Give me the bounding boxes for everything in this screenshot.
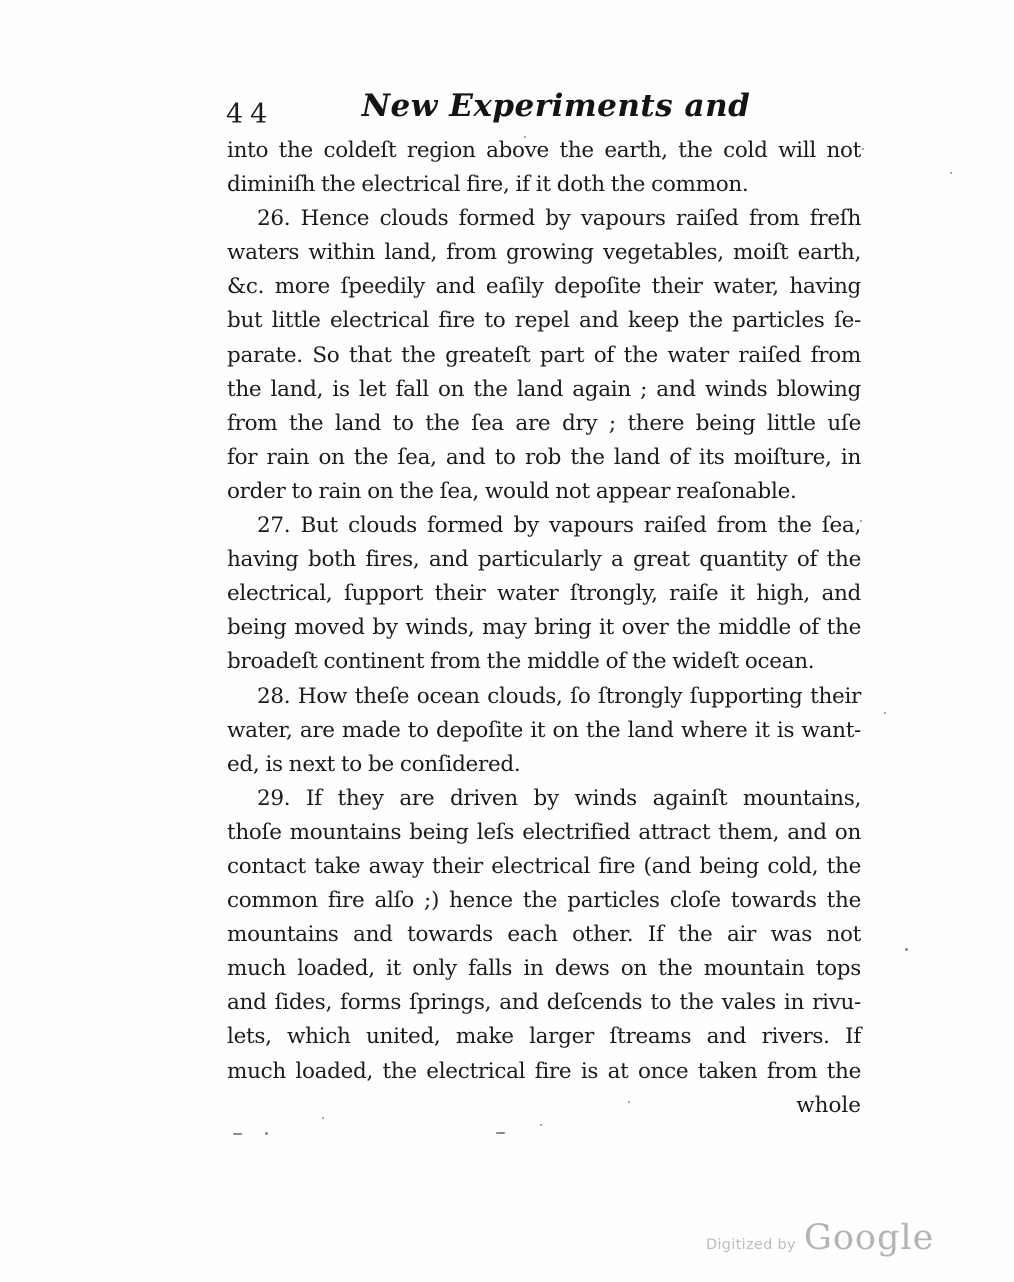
text-line: and ſides, forms ſprings, and deſcends t… bbox=[227, 986, 861, 1020]
text-line: ed, is next to be conſidered. bbox=[227, 748, 861, 782]
text-line: common fire alſo ;) hence the particles … bbox=[227, 884, 861, 918]
text-line: but little electrical fire to repel and … bbox=[227, 304, 861, 338]
scan-speck bbox=[233, 1133, 242, 1135]
text-line: much loaded, it only falls in dews on th… bbox=[227, 952, 861, 986]
scan-speck bbox=[950, 172, 952, 174]
text-line: 27. But clouds formed by vapours raiſed … bbox=[227, 509, 861, 543]
scan-speck bbox=[265, 1132, 268, 1135]
text-line: parate. So that the greateſt part of the… bbox=[227, 339, 861, 373]
scan-speck bbox=[540, 1124, 542, 1126]
text-line: being moved by winds, may bring it over … bbox=[227, 611, 861, 645]
scan-speck bbox=[628, 1101, 630, 1103]
google-logo: Google bbox=[804, 1218, 934, 1258]
scan-speck bbox=[905, 948, 908, 951]
watermark-prefix: Digitized by bbox=[706, 1237, 796, 1253]
text-line: &c. more ſpeedily and eaſily depoſite th… bbox=[227, 270, 861, 304]
text-line: water, are made to depoſite it on the la… bbox=[227, 714, 861, 748]
body-text: into the coldeſt region above the earth,… bbox=[227, 134, 861, 1089]
text-line: diminiſh the electrical fire, if it doth… bbox=[227, 168, 861, 202]
text-line: 29. If they are driven by winds againſt … bbox=[227, 782, 861, 816]
book-page: 44 New Experiments and into the coldeſt … bbox=[0, 0, 1014, 1282]
digitization-watermark: Digitized by Google bbox=[706, 1218, 934, 1258]
text-line: electrical, ſupport their water ſtrongly… bbox=[227, 577, 861, 611]
text-line: 28. How theſe ocean clouds, ſo ſtrongly … bbox=[227, 680, 861, 714]
scan-speck bbox=[496, 1132, 505, 1134]
scan-speck bbox=[524, 136, 526, 138]
scan-speck bbox=[860, 520, 862, 522]
text-line: having both fires, and particularly a gr… bbox=[227, 543, 861, 577]
text-line: contact take away their electrical fire … bbox=[227, 850, 861, 884]
text-line: for rain on the ſea, and to rob the land… bbox=[227, 441, 861, 475]
text-line: mountains and towards each other. If the… bbox=[227, 918, 861, 952]
text-line: 26. Hence clouds formed by vapours raiſe… bbox=[227, 202, 861, 236]
text-line: broadeſt continent from the middle of th… bbox=[227, 645, 861, 679]
text-line: lets, which united, make larger ſtreams … bbox=[227, 1020, 861, 1054]
running-title: New Experiments and bbox=[240, 88, 872, 124]
scan-speck bbox=[322, 1117, 324, 1119]
text-line: waters within land, from growing vegetab… bbox=[227, 236, 861, 270]
scan-speck bbox=[862, 148, 864, 150]
text-line: thoſe mountains being leſs electrified a… bbox=[227, 816, 861, 850]
text-line: much loaded, the electrical fire is at o… bbox=[227, 1055, 861, 1089]
text-line: order to rain on the ſea, would not appe… bbox=[227, 475, 861, 509]
text-line: into the coldeſt region above the earth,… bbox=[227, 134, 861, 168]
scan-speck bbox=[884, 712, 886, 714]
text-line: from the land to the ſea are dry ; there… bbox=[227, 407, 861, 441]
text-line: the land, is let fall on the land again … bbox=[227, 373, 861, 407]
